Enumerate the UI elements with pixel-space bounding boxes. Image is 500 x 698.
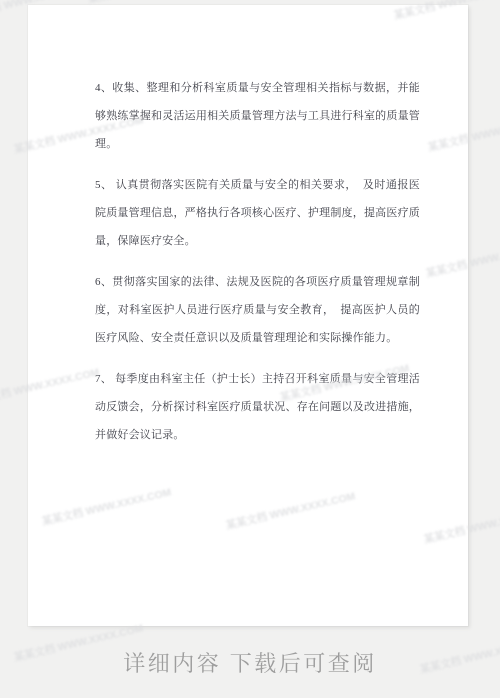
paragraph-item-5: 5、 认真贯彻落实医院有关质量与安全的相关要求， 及时通报医院质量管理信息，严格… (95, 171, 420, 255)
document-page: 4、收集、整理和分析科室质量与安全管理相关指标与数据，并能够熟练掌握和灵活运用相… (28, 5, 468, 626)
paragraph-item-6: 6、贯彻落实国家的法律、法规及医院的各项医疗质量管理规章制度，对科室医护人员进行… (95, 268, 420, 352)
download-hint-text: 详细内容 下载后可查阅 (123, 647, 377, 678)
download-hint-bar: 详细内容 下载后可查阅 (0, 626, 500, 698)
paragraph-item-7: 7、 每季度由科室主任（护士长）主持召开科室质量与安全管理活动反馈会，分析探讨科… (95, 365, 420, 449)
document-content: 4、收集、整理和分析科室质量与安全管理相关指标与数据，并能够熟练掌握和灵活运用相… (95, 74, 420, 462)
preview-canvas: { "document": { "paragraphs": [ { "text"… (0, 0, 500, 698)
paragraph-item-4: 4、收集、整理和分析科室质量与安全管理相关指标与数据，并能够熟练掌握和灵活运用相… (95, 74, 420, 158)
